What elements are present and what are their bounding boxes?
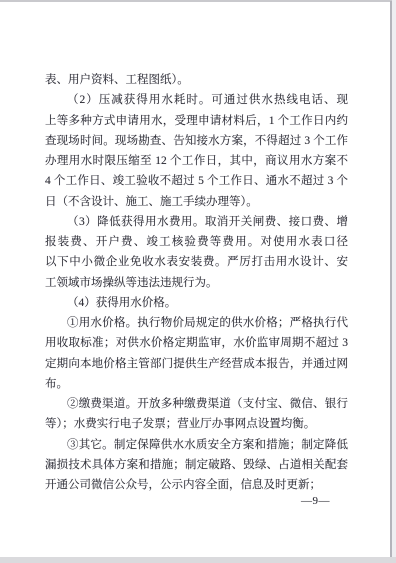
text-line: 工领域市场操纵等违法违规行为。 (45, 273, 348, 293)
scan-edge-bottom (0, 557, 396, 563)
text-line: ①用水价格。执行物价局规定的供水价格；严格执行代征费 (45, 313, 348, 333)
text-line: 开通公司微信公众号，公示内容全面，信息及时更新； (45, 475, 348, 495)
text-line: 日（不含设计、施工、施工手续办理等）。 (45, 192, 348, 212)
text-line: 报装费、开户费、竣工核验费等费用。对使用水表口径 DN100 (45, 232, 348, 252)
text-line: 办理用水时限压缩至 12 个工作日，其中，商议用水方案不超过 (45, 151, 348, 171)
text-line: 以下中小微企业免收水表安装费。严厉打击用水设计、安装、施 (45, 252, 348, 272)
text-line: 4 个工作日、竣工验收不超过 5 个工作日、通水不超过 3 个工作 (45, 171, 348, 191)
text-line: 用收取标准；对供水价格定期监审，水价监审周期不超过 3 年； (45, 333, 348, 353)
scan-edge-right-outer (392, 0, 396, 563)
text-line: 表、用户资料、工程图纸）。 (45, 70, 348, 90)
page-number: —9— (45, 494, 348, 508)
text-line: 查现场时间。现场勘查、告知接水方案，不得超过 3 个工作日。 (45, 131, 348, 151)
scan-edge-right-line (390, 1, 392, 557)
text-line: 上等多种方式申请用水，受理申请材料后，1 个工作日内约定勘 (45, 111, 348, 131)
document-body: 表、用户资料、工程图纸）。 （2）压减获得用水耗时。可通过供水热线电话、现场、线… (45, 70, 348, 495)
text-line: （3）降低获得用水费用。取消开关闸费、接口费、增容费、 (45, 212, 348, 232)
text-line: ③其它。制定保障供水水质安全方案和措施；制定降低管网 (45, 435, 348, 455)
text-line: （4）获得用水价格。 (45, 293, 348, 313)
text-line: ②缴费渠道。开放多种缴费渠道（支付宝、微信、银行代收 (45, 394, 348, 414)
text-line: 漏损技术具体方案和措施；制定破路、毁绿、占道相关配套政策； (45, 455, 348, 475)
text-line: 等）；水费实行电子发票；营业厅办事网点设置均衡。 (45, 414, 348, 434)
text-line: 定期向本地价格主管部门提供生产经营成本报告，并通过网站发 (45, 354, 348, 374)
scan-edge-top (0, 0, 396, 2)
text-line: （2）压减获得用水耗时。可通过供水热线电话、现场、线 (45, 90, 348, 110)
scanned-page: 表、用户资料、工程图纸）。 （2）压减获得用水耗时。可通过供水热线电话、现场、线… (0, 0, 396, 563)
text-line: 布。 (45, 374, 348, 394)
